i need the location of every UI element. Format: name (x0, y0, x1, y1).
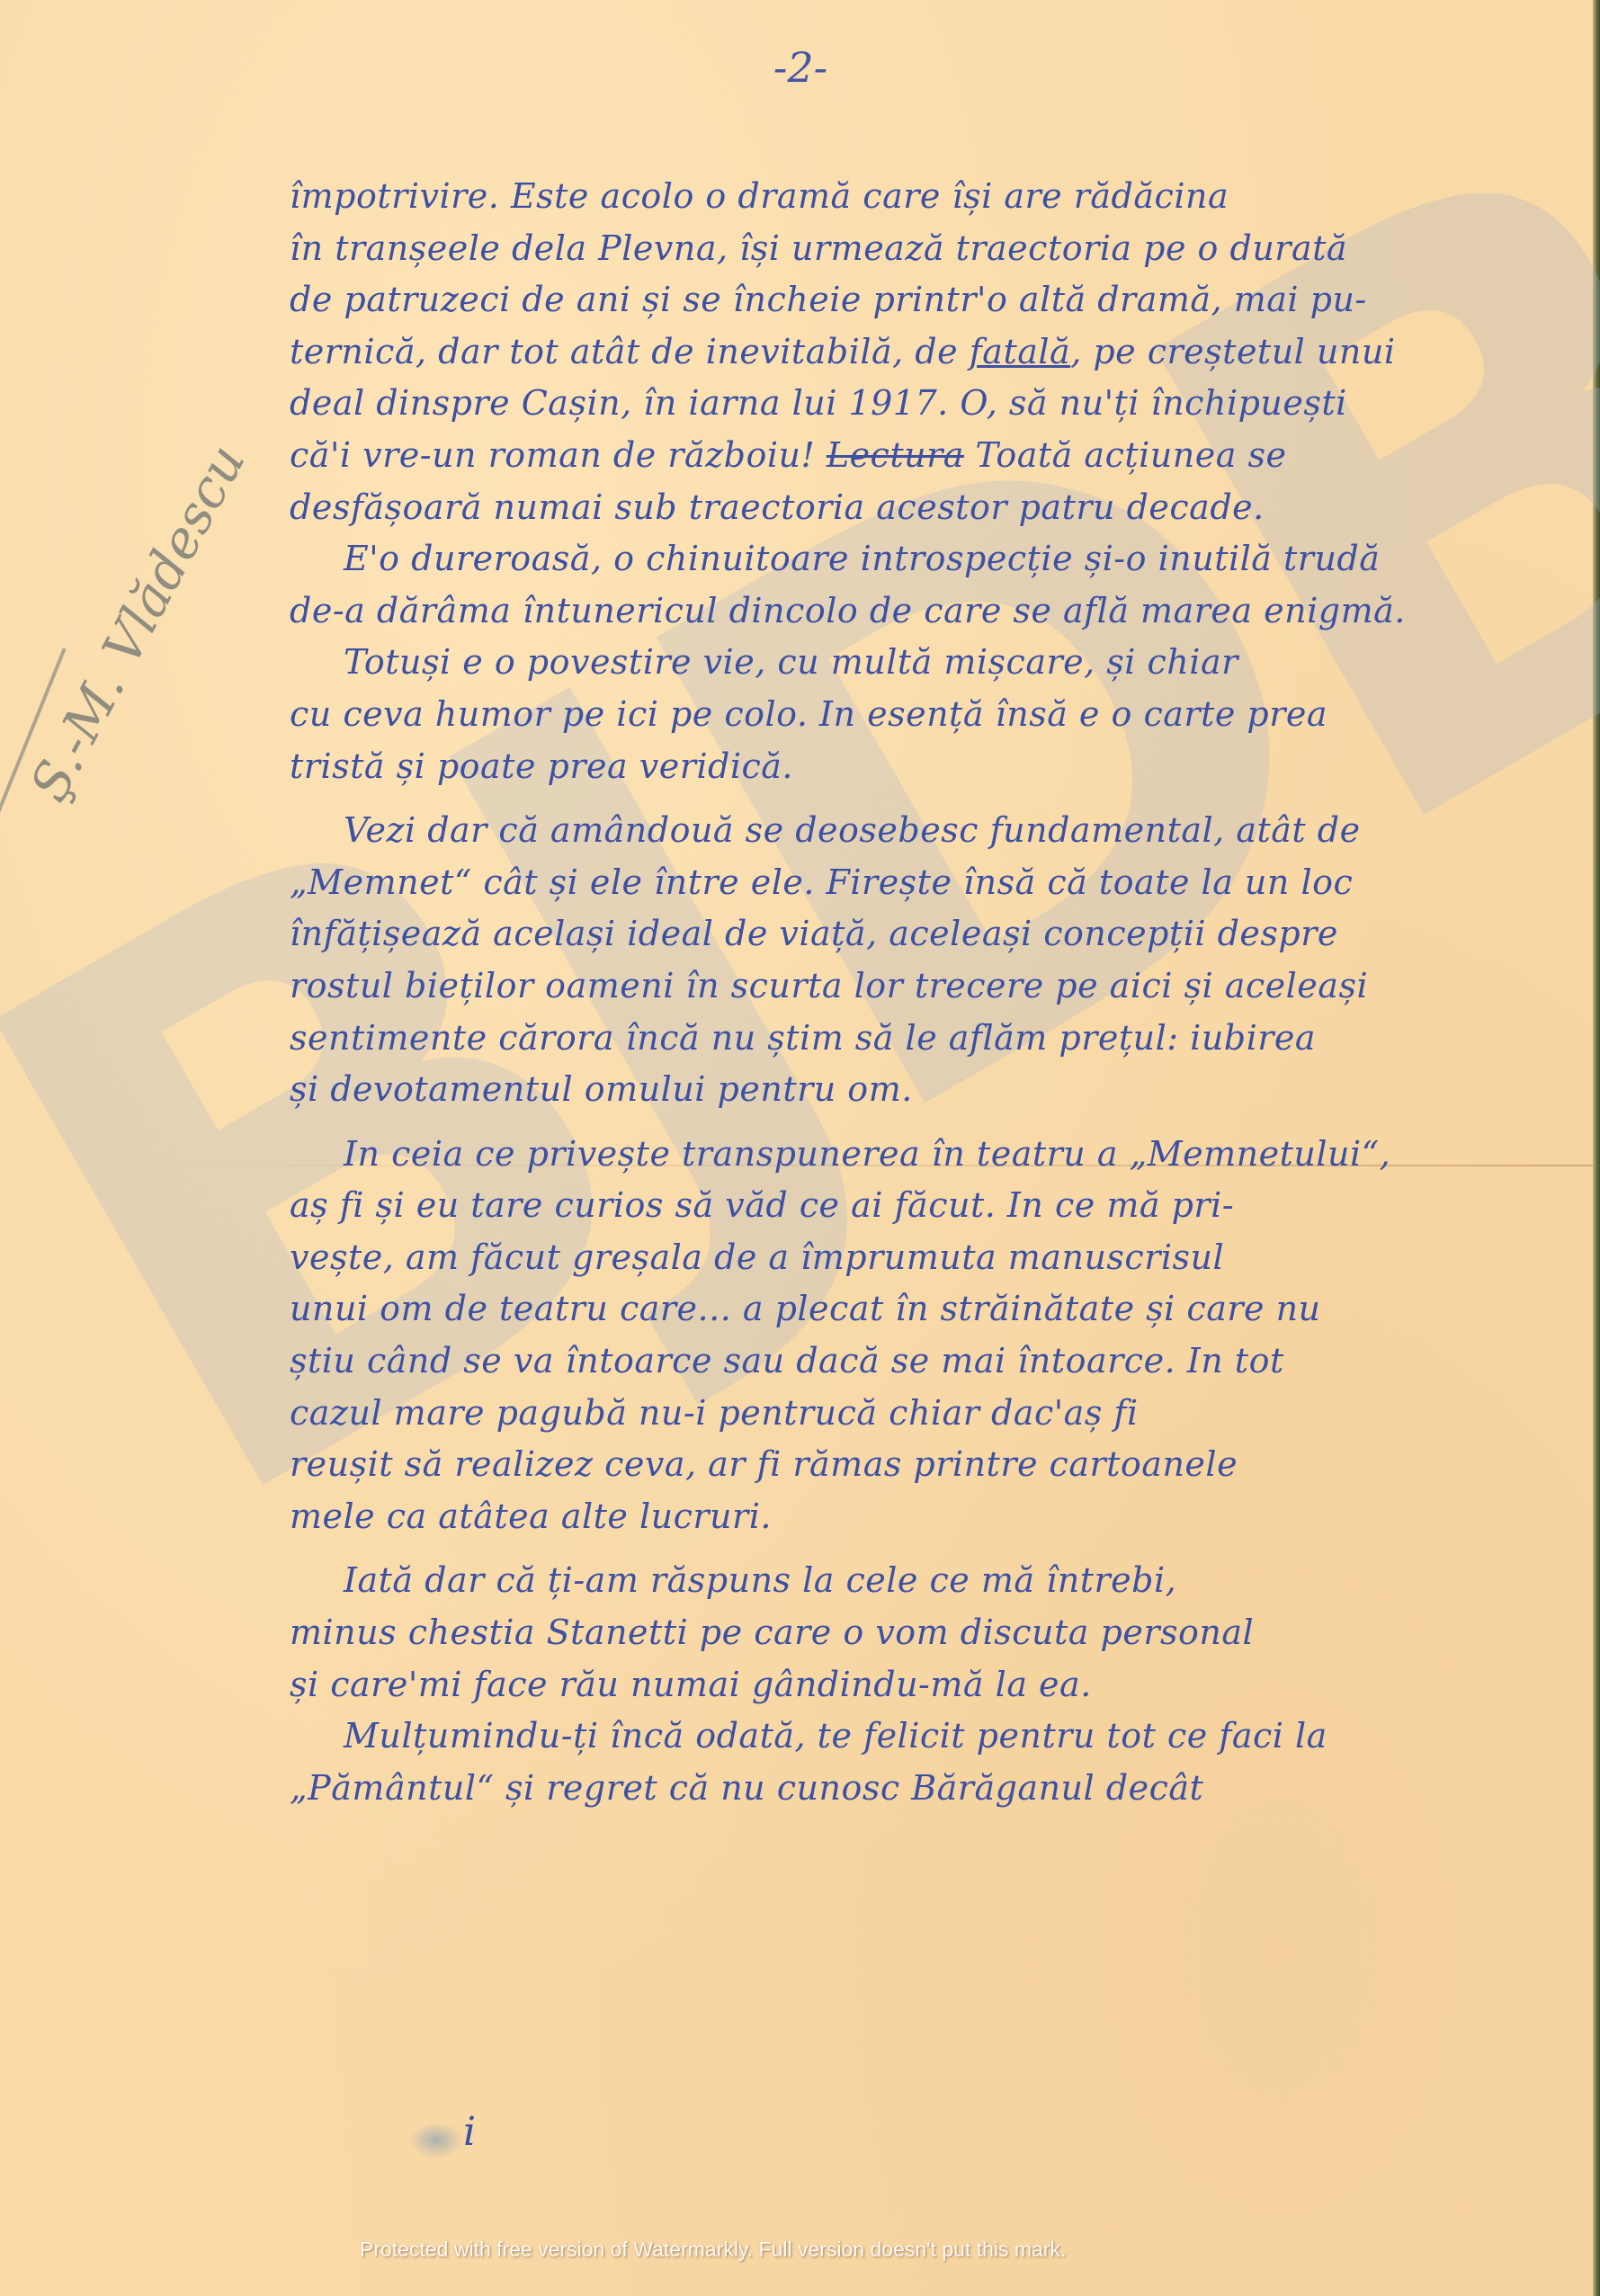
letter-line: Vezi dar că amândouă se deosebesc fundam… (290, 805, 1549, 857)
letter-line: cu ceva humor pe ici pe colo. In esență … (290, 689, 1549, 741)
line-text: desfășoară numai sub traectoria acestor … (290, 487, 1265, 527)
letter-line: că'i vre-un roman de războiu! Lectura To… (290, 430, 1549, 482)
line-text: că'i vre-un roman de războiu! (290, 435, 815, 475)
line-text: știu când se va întoarce sau dacă se mai… (290, 1341, 1284, 1380)
line-text: mele ca atâtea alte lucruri. (290, 1496, 772, 1536)
letter-line: minus chestia Stanetti pe care o vom dis… (290, 1607, 1549, 1659)
letter-line: rostul bieților oameni în scurta lor tre… (290, 960, 1549, 1013)
letter-line: știu când se va întoarce sau dacă se mai… (290, 1336, 1549, 1388)
letter-line: Iată dar că ți-am răspuns la cele ce mă … (290, 1555, 1549, 1607)
line-text: și devotamentul omului pentru om. (290, 1069, 913, 1109)
letter-line: înfățișează același ideal de viață, acel… (290, 908, 1549, 960)
line-text: minus chestia Stanetti pe care o vom dis… (290, 1613, 1254, 1652)
line-text: ternică, dar tot atât de inevitabilă, de (290, 332, 958, 371)
line-text-continued: , pe creștetul unui (1070, 332, 1395, 371)
line-text: aș fi și eu tare curios să văd ce ai făc… (290, 1185, 1234, 1225)
line-text: Mulțumindu-ți încă odată, te felicit pen… (344, 1716, 1327, 1756)
line-text: Iată dar că ți-am răspuns la cele ce mă … (344, 1560, 1176, 1600)
letter-line: reușit să realizez ceva, ar fi rămas pri… (290, 1439, 1549, 1491)
line-text: deal dinspre Cașin, în iarna lui 1917. O… (290, 383, 1347, 423)
letter-line: „Pământul“ și regret că nu cunosc Bărăga… (290, 1763, 1549, 1815)
letter-line: aș fi și eu tare curios să văd ce ai făc… (290, 1180, 1549, 1232)
letter-line: de-a dărâma întunericul dincolo de care … (290, 585, 1549, 638)
letter-line: împotrivire. Este acolo o dramă care își… (290, 171, 1549, 223)
struck-word: Lectura (827, 435, 964, 475)
letter-line: unui om de teatru care... a plecat în st… (290, 1283, 1549, 1336)
trailing-mark: i (463, 2109, 476, 2155)
line-text: cazul mare pagubă nu-i pentrucă chiar da… (290, 1393, 1139, 1433)
letter-line: Totuși e o povestire vie, cu multă mișca… (290, 637, 1549, 689)
protection-notice: Protected with free version of Watermark… (0, 2238, 1600, 2262)
underlined-word: fatală (970, 332, 1070, 371)
letter-line: sentimente cărora încă nu știm să le afl… (290, 1013, 1549, 1065)
letter-line: mele ca atâtea alte lucruri. (290, 1491, 1549, 1543)
letter-line: ternică, dar tot atât de inevitabilă, de… (290, 326, 1549, 379)
line-text: tristă și poate prea veridică. (290, 746, 793, 786)
line-text: unui om de teatru care... a plecat în st… (290, 1289, 1321, 1328)
ink-blot (409, 2122, 463, 2158)
letter-line: cazul mare pagubă nu-i pentrucă chiar da… (290, 1388, 1549, 1440)
letter-line: deal dinspre Cașin, în iarna lui 1917. O… (290, 378, 1549, 430)
letter-line: desfășoară numai sub traectoria acestor … (290, 482, 1549, 534)
letter-line: în tranșeele dela Plevna, își urmează tr… (290, 223, 1549, 275)
line-text: reușit să realizez ceva, ar fi rămas pri… (290, 1444, 1238, 1484)
letter-body: împotrivire. Este acolo o dramă care își… (290, 171, 1549, 1814)
line-text: vește, am făcut greșala de a împrumuta m… (290, 1237, 1224, 1277)
line-text: Vezi dar că amândouă se deosebesc fundam… (344, 810, 1361, 850)
page-edge (1593, 0, 1600, 2296)
letter-line: vește, am făcut greșala de a împrumuta m… (290, 1232, 1549, 1284)
line-text: de patruzeci de ani și se încheie printr… (290, 280, 1367, 319)
line-text: înfățișează același ideal de viață, acel… (290, 914, 1338, 953)
line-text: In ceia ce privește transpunerea în teat… (344, 1134, 1390, 1174)
line-text: cu ceva humor pe ici pe colo. In esență … (290, 694, 1327, 734)
line-text: „Pământul“ și regret că nu cunosc Bărăga… (290, 1768, 1203, 1808)
line-text: în tranșeele dela Plevna, își urmează tr… (290, 228, 1347, 268)
line-text: „Memnet“ cât și ele între ele. Firește î… (290, 862, 1353, 902)
line-text: rostul bieților oameni în scurta lor tre… (290, 966, 1368, 1005)
line-text: sentimente cărora încă nu știm să le afl… (290, 1018, 1316, 1058)
letter-line: de patruzeci de ani și se încheie printr… (290, 274, 1549, 326)
line-text: împotrivire. Este acolo o dramă care își… (290, 176, 1229, 216)
letter-line: E'o dureroasă, o chinuitoare introspecți… (290, 533, 1549, 585)
letter-line: tristă și poate prea veridică. (290, 741, 1549, 793)
line-text: și care'mi face rău numai gândindu-mă la… (290, 1665, 1092, 1704)
letter-line: și care'mi face rău numai gândindu-mă la… (290, 1659, 1549, 1711)
line-text: de-a dărâma întunericul dincolo de care … (290, 591, 1406, 630)
letter-line: Mulțumindu-ți încă odată, te felicit pen… (290, 1711, 1549, 1763)
line-text-continued: Toată acțiunea se (964, 435, 1287, 475)
line-text: E'o dureroasă, o chinuitoare introspecți… (344, 539, 1380, 578)
page-number: -2- (737, 43, 863, 92)
letter-line: și devotamentul omului pentru om. (290, 1064, 1549, 1116)
letter-line: In ceia ce privește transpunerea în teat… (290, 1129, 1549, 1181)
line-text: Totuși e o povestire vie, cu multă mișca… (344, 642, 1238, 682)
letter-line: „Memnet“ cât și ele între ele. Firește î… (290, 857, 1549, 909)
